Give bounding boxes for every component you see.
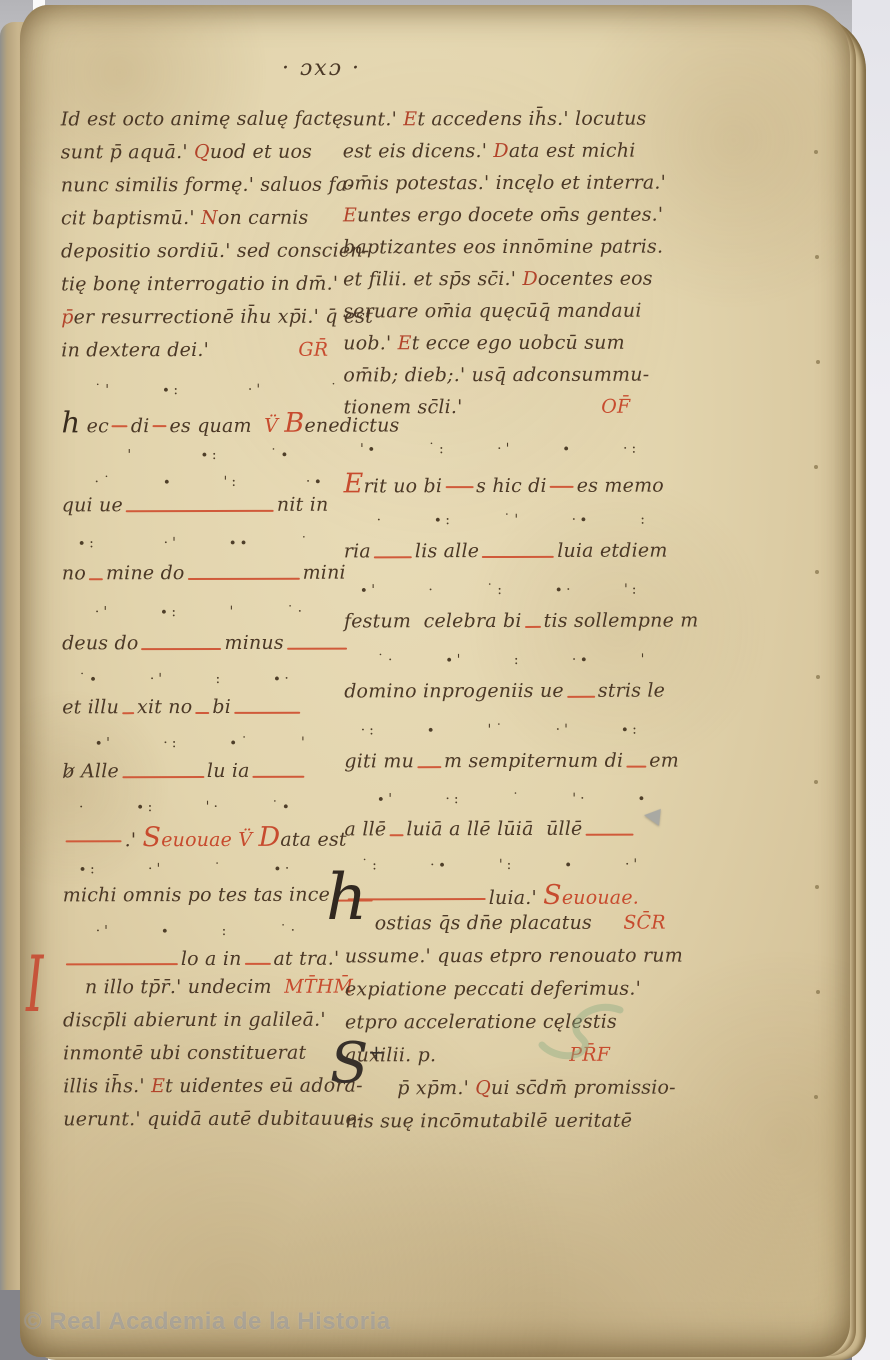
melisma-extension-line [122,776,204,778]
neume-line: ∙: ·' ∙∙ ˙ ·: ∙' · [62,524,343,563]
text-run: s hic di [476,475,547,497]
text-run: om̄ib; dieb;.' usq̄ adconsummu- [343,364,649,387]
text-run: nis suę incōmutabilē ueritatē [345,1110,632,1133]
neume-line: ∙' · ˙: ∙· ': · ∙ [344,570,665,611]
text-column-right: sunt.' Et accedens ih̄s.' locutusest eis… [343,108,667,1144]
chant-text-line: festum celebra bitis sollempne m [344,610,665,641]
manuscript-photo: { "meta": { "folio_mark": "· ɔxɔ ·", "wa… [0,0,890,1360]
pricking-hole [816,990,820,994]
melisma-extension-line [253,776,305,778]
chant-text-line: rialis alleluia etdiem [344,540,665,571]
text-run: tię bonę interrogatio in dm̄.' [61,273,338,296]
text-run: no [62,562,86,584]
text-run: es memo [577,475,664,497]
melisma-extension-line [348,898,486,900]
neume-line: ·' ∙: ' ˙· ∙ :' ∙· [62,592,343,633]
text-run: a llē [345,818,387,840]
rubric: euouae [161,829,238,851]
text-run: minus [224,632,283,654]
chant-text-line: lo a inat tra.' [63,948,344,977]
pricking-hole [815,885,819,889]
text-run: festum celebra bi [344,610,522,632]
text-line: uob.' Et ecce ego uobcū sum [343,332,664,365]
initial-I-red: I [26,946,43,1024]
text-line: discp̄li abierunt in galileā.' [63,1009,344,1043]
text-run: on carnis [218,207,309,229]
text-line: depositio sordiū.' sed conscien- [61,240,342,274]
red-touched-capital: E [398,332,412,354]
text-line: et filii. et sp̄s sc̄i.' Docentes eos [343,268,664,301]
copyright-watermark: © Real Academia de la Historia [24,1308,391,1336]
chant-text-line: .' Seuouae V̈ Data est [63,824,344,855]
text-run: uod et uos [210,141,312,163]
text-run: bi [212,696,231,718]
text-run: luia etdiem [557,540,667,562]
neume-line: '∙ ˙: ·' ∙ ·: ' ∙· [343,428,664,471]
text-run: t accedens ih̄s.' locutus [417,108,646,131]
text-run: untes ergo docete om̄s gentes.' [357,204,663,227]
melisma-extension-line [245,963,271,965]
melisma-extension-line [112,425,128,427]
red-touched-capital: D [522,268,537,290]
rubric: euouae. [562,887,639,909]
text-run: cit baptismū.' [61,207,201,229]
rubric: S [543,882,562,909]
text-line: n illo tp̄r̄.' undecim MT̄HM̄ [63,976,344,1010]
text-run: et filii. et sp̄s sc̄i.' [343,268,522,290]
text-run: di [131,415,150,437]
neume-line: · ∙: ˙' ·∙ : ∙' ·: [344,500,665,541]
text-line: ussume.' quas etpro renouato rum [345,945,666,979]
text-line: ostias q̄s dn̄e placatus SC̄R [345,912,666,946]
melisma-extension-line [374,556,412,558]
chant-text-line: b̷ Allelu ia [62,760,343,791]
red-touched-capital: Q [475,1077,491,1099]
text-run: ata est [280,829,346,851]
text-run: mine do [106,562,185,584]
neume-line: ' ∙: ˙∙ ·' : ∙ ·, [62,440,343,471]
text-run: domino inprogeniis ue [344,680,564,703]
text-run: depositio sordiū.' sed conscien- [61,240,369,263]
show-through-flourish [536,1000,628,1062]
red-touched-capital: E [403,108,417,130]
pricking-hole [816,675,820,679]
rubric: S [142,824,161,851]
text-line: p̄er resurrectionē ih̄u xp̄i.' q̄ est [61,306,342,340]
cross-mark-icon: + [368,1042,385,1062]
melisma-extension-line [550,486,574,488]
melisma-extension-line [445,486,473,488]
pricking-hole [814,150,818,154]
text-run: tis sollempne m [544,609,699,631]
folio-number: · ɔxɔ · [282,56,361,81]
text-run: Alle [81,760,119,782]
text-run: mini [303,562,346,584]
text-line: om̄is potestas.' incęlo et interra.' [343,172,664,205]
text-line: nunc similis formę.' saluos fa- [61,174,342,208]
chant-text-line: michi omnis po tes tas ince [63,884,344,915]
text-run: nunc similis formę.' saluos fa- [61,174,354,197]
pricking-hole [815,255,819,259]
text-run: ui sc̄dm̄ promissio- [491,1077,676,1099]
neume-line: ˙· ∙' : ·∙ ' ∙: ·' [344,640,665,681]
chant-text-line: nomine domini [62,562,343,593]
chant-text-line: domino inprogeniis uestris le [344,680,665,711]
melisma-extension-line [141,648,221,650]
text-line: illis ih̄s.' Et uidentes eū adora- [63,1075,344,1109]
red-touched-capital: E [151,1075,165,1097]
text-run: n illo tp̄r̄.' undecim [85,976,284,999]
melisma-extension-line [234,712,300,714]
text-run: et illu [62,696,119,718]
text-run: lis alle [415,540,479,562]
text-line: p̄ xp̄m.' Qui sc̄dm̄ promissio- [345,1077,666,1111]
text-run: b̷ [62,760,81,782]
page-marker-triangle [643,807,661,826]
text-run: in dextera dei.' [61,339,209,361]
text-run: michi omnis po tes tas ince [63,884,330,907]
text-run: er resurrectionē ih̄u xp̄i.' q̄ est [74,306,374,329]
melisma-extension-line [525,626,541,628]
text-run: inmontē ubi constituerat [63,1042,306,1065]
text-line: sunt p̄ aquā.' Quod et uos [61,141,342,175]
chant-text-line: qui uenit in [62,494,343,525]
text-run: ria [344,540,371,562]
text-run: lo a in [181,948,242,970]
rubric: V̈ [238,829,258,851]
melisma-extension-line [188,578,300,580]
melisma-extension-line [66,840,122,842]
melisma-extension-line [195,712,209,714]
text-run: at tra.' [273,948,339,970]
melisma-extension-line [89,578,103,580]
neume-line: ∙' ·: ∙˙ ' ·∙ : · [62,726,343,761]
melisma-extension-line [389,834,403,836]
chant-text-line: a llēluiā a llē lūiā ūllē [345,818,666,849]
neume-line: ∙: ·' ˙ ∙· ': · [63,854,344,885]
melisma-extension-line [66,963,178,965]
pricking-hole [816,360,820,364]
text-run: ussume.' quas etpro renouato rum [345,945,683,968]
red-touched-capital: N [201,207,218,229]
text-run: discp̄li abierunt in galileā.' [63,1009,326,1032]
text-line: seruare om̄ia quęcūq̄ mandaui [343,300,664,333]
text-run: t ecce ego uobcū sum [412,332,625,355]
chant-text-line: deus dominus [62,632,343,663]
text-line: Euntes ergo docete om̄s gentes.' [343,204,664,237]
text-run: em [649,750,679,772]
text-run: deus do [62,632,138,654]
neume-line: ·˙ ∙ ': ·∙ ˙' ∙· [62,470,343,495]
rubric: GR̄ [298,339,328,361]
text-line: est eis dicens.' Data est michi [343,140,664,173]
red-touched-capital: D [493,140,508,162]
chant-text-line: giti mum sempiternum diem [344,750,665,781]
text-run: xit no [137,696,192,718]
neume-line: ˙: ·∙ ': ∙ ·' ˙ ∙: [345,848,666,883]
text-line: uerunt.' quidā autē dubitauue- [63,1108,344,1142]
rubric: OF̄ [601,396,630,418]
text-line: sunt.' Et accedens ih̄s.' locutus [343,108,664,141]
text-line: om̄ib; dieb;.' usq̄ adconsummu- [343,364,664,397]
text-run: ostias q̄s dn̄e placatus [375,912,599,935]
neume-line: ·' ∙ : ˙· ∙' · :∙ [63,914,344,949]
red-touched-capital: Q [194,141,210,163]
neume-line: ∙' ·: ˙ '· ∙ :' ·∙ [344,780,665,819]
text-run: lu ia [207,760,250,782]
text-run: es quam [170,415,265,437]
text-run: stris le [598,680,665,702]
inline-initial: h [61,408,80,437]
melisma-extension-line [417,766,441,768]
text-run: nit in [277,494,329,516]
pricking-hole [814,1095,818,1099]
pricking-hole [815,570,819,574]
red-touched-capital: E [343,204,357,226]
chant-text-line: et illuxit nobi [62,696,343,727]
melisma-extension-line [287,648,347,650]
initial-h-dark: h [326,866,367,930]
rubric: D [258,824,280,851]
text-run: Id est octo animę saluę factę [61,108,344,131]
pricking-hole [814,780,818,784]
melisma-extension-line [586,834,634,836]
text-run: luiā a llē lūiā ūllē [406,818,582,840]
text-run: luia.' [489,887,543,909]
text-run: om̄is potestas.' incęlo et interra.' [343,172,666,195]
neume-line: ˙∙ ·' : ∙· '˙ ∙ ·' [62,662,343,697]
melisma-extension-line [122,712,134,714]
text-line: tię bonę interrogatio in dm̄.' [61,273,342,307]
text-line: cit baptismū.' Non carnis [61,207,342,241]
text-line: tionem sc̄li.'OF̄ [343,396,664,429]
rubric: E [344,470,364,497]
neume-line: ˙' ∙: ·' ˙ ∙' · :' [61,372,342,409]
rubric: B [284,410,304,437]
text-column-left: Id est octo animę saluę factęsunt p̄ aqu… [61,108,345,1142]
text-run: uob.' [343,332,397,354]
chant-text-line: Erit uo bis hic dies memo [344,470,665,501]
neume-line: ·: ∙ '˙ ·' ∙: · '∙ [344,710,665,751]
text-line: baptizantes eos innōmine patris. [343,236,664,269]
pricking-hole [814,465,818,469]
text-run: ocentes eos [538,268,653,290]
text-run: m sempiternum di [444,750,623,772]
text-line: Id est octo animę saluę factę [61,108,342,142]
melisma-extension-line [626,766,646,768]
text-run: seruare om̄ia quęcūq̄ mandaui [343,300,641,323]
initial-S-dark: S [330,1036,368,1092]
chant-text-line: h ecdies quam V̈ Benedictus [61,408,342,441]
text-run: illis ih̄s.' [63,1075,151,1097]
text-run: est eis dicens.' [343,140,494,162]
rubric: SC̄R [623,912,666,934]
text-run: giti mu [344,750,414,772]
chant-text-line: luia.' Seuouae. [345,882,666,913]
text-run: qui ue [62,494,123,516]
melisma-extension-line [567,696,595,698]
text-run: baptizantes eos innōmine patris. [343,236,663,259]
rubric: MT̄HM̄ [284,976,353,998]
text-run: sunt.' [343,108,404,130]
text-line: inmontē ubi constituerat [63,1042,344,1076]
rubric: V̈ [264,415,284,437]
melisma-extension-line [482,556,554,558]
text-run: p̄ xp̄m.' [397,1077,475,1099]
text-run: ec [80,415,109,437]
neume-line: · ∙: '· ˙∙ ' : ∙ [62,790,343,825]
text-run: sunt p̄ aquā.' [61,141,194,163]
text-run: rit uo bi [364,475,443,497]
text-run: tionem sc̄li.' [343,396,462,418]
melisma-extension-line [126,510,274,512]
text-line: in dextera dei.'GR̄ [61,339,342,373]
text-run: .' [125,829,143,851]
melisma-extension-line [153,425,167,427]
text-line: nis suę incōmutabilē ueritatē [345,1110,666,1144]
text-run: uerunt.' quidā autē dubitauue- [63,1108,363,1131]
text-run: expiatione peccati deferimus.' [345,978,641,1001]
red-touched-capital: p̄ [61,306,73,328]
text-run: ata est michi [509,140,636,162]
